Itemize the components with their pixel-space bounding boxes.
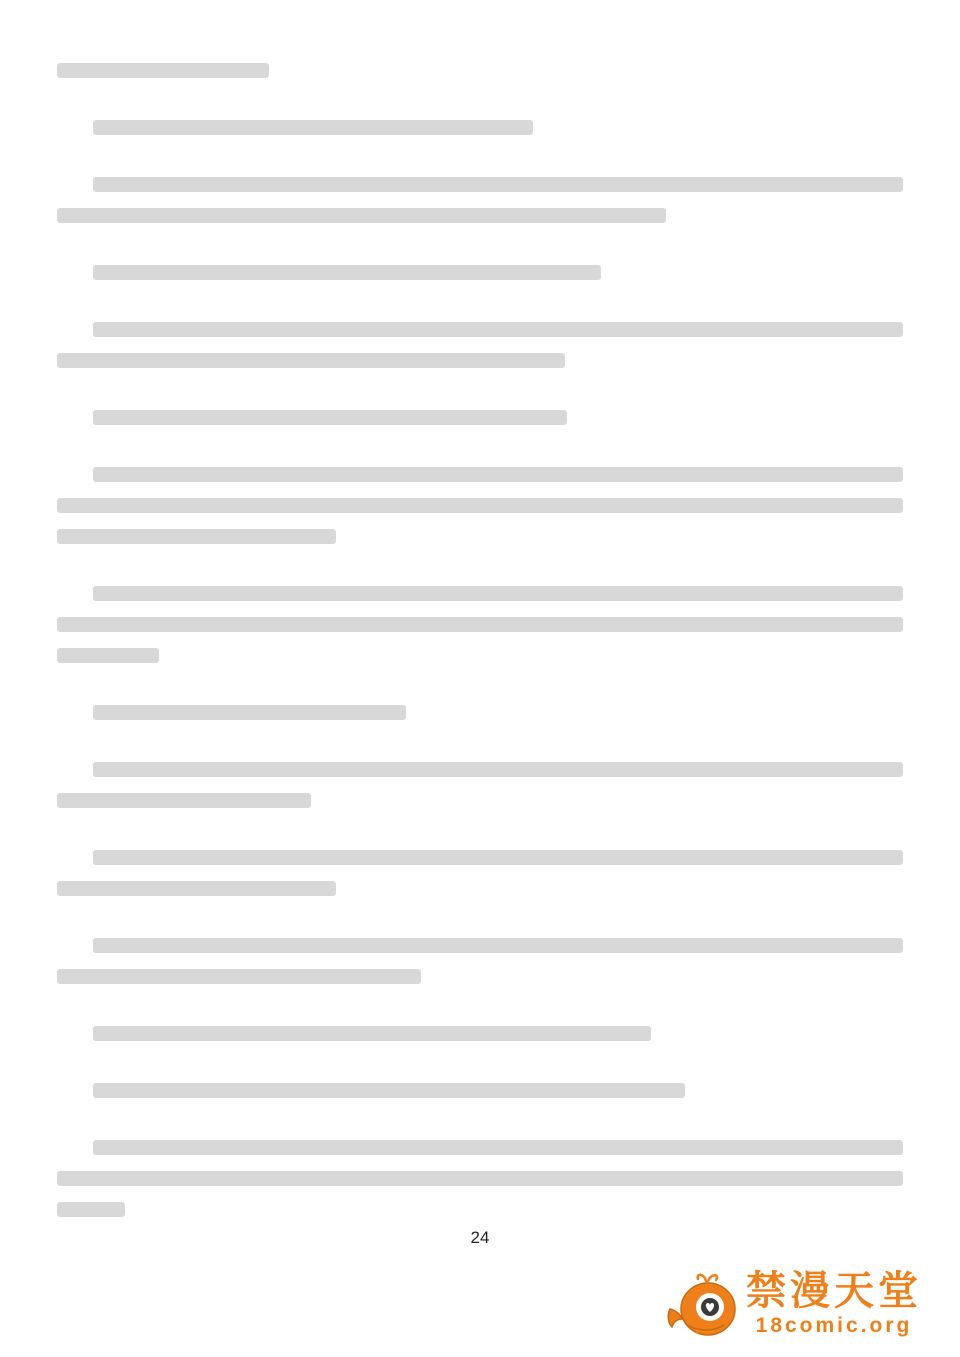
page-number: 24 [0, 1228, 960, 1248]
redaction-bar [93, 1083, 685, 1098]
redaction-bar [93, 938, 903, 953]
paragraph-redacted [57, 257, 903, 288]
redaction-bar [57, 63, 269, 78]
paragraph-indent [57, 1033, 93, 1034]
text-line-redacted [57, 112, 903, 143]
paragraph-indent [57, 1147, 93, 1148]
paragraph-indent [57, 127, 93, 128]
paragraph-indent [57, 712, 93, 713]
redaction-bar [93, 1026, 651, 1041]
text-line-redacted [57, 345, 903, 376]
redaction-bar [57, 529, 336, 544]
text-line-redacted [57, 1163, 903, 1194]
paragraph-redacted [57, 402, 903, 433]
text-line-redacted [57, 257, 903, 288]
paragraph-redacted [57, 112, 903, 143]
redaction-bar [57, 793, 311, 808]
redaction-bar [93, 120, 533, 135]
text-line-redacted [57, 697, 903, 728]
redaction-bar [57, 208, 666, 223]
text-line-redacted [57, 961, 903, 992]
text-line-redacted [57, 609, 903, 640]
text-line-redacted [57, 640, 903, 671]
text-line-redacted [57, 521, 903, 552]
paragraph-redacted [57, 459, 903, 552]
text-line-redacted [57, 1132, 903, 1163]
site-name: 禁漫天堂 [746, 1271, 922, 1311]
text-line-redacted [57, 873, 903, 904]
paragraph-redacted [57, 930, 903, 992]
text-line-redacted [57, 55, 903, 86]
redaction-bar [93, 705, 406, 720]
site-watermark: 禁漫天堂 18comic.org [666, 1267, 922, 1339]
paragraph-redacted [57, 1132, 903, 1225]
text-line-redacted [57, 200, 903, 231]
text-line-redacted [57, 1194, 903, 1225]
paragraph-indent [57, 1090, 93, 1091]
text-line-redacted [57, 402, 903, 433]
text-line-redacted [57, 459, 903, 490]
paragraph-indent [57, 769, 93, 770]
document-page: 24 禁漫天堂 18comic.org [0, 0, 960, 1357]
redaction-bar [93, 265, 601, 280]
text-line-redacted [57, 754, 903, 785]
redaction-bar [93, 1140, 903, 1155]
redaction-bar [57, 617, 903, 632]
redaction-bar [57, 648, 159, 663]
paragraph-indent [57, 593, 93, 594]
redaction-bar [93, 586, 903, 601]
redaction-bar [93, 850, 903, 865]
text-line-redacted [57, 578, 903, 609]
text-line-redacted [57, 785, 903, 816]
redaction-bar [93, 177, 903, 192]
redaction-bar [57, 353, 565, 368]
paragraph-redacted [57, 1075, 903, 1106]
redaction-bar [93, 762, 903, 777]
text-line-redacted [57, 1018, 903, 1049]
redaction-bar [93, 410, 567, 425]
paragraph-indent [57, 857, 93, 858]
text-line-redacted [57, 1075, 903, 1106]
text-line-redacted [57, 169, 903, 200]
paragraph-redacted [57, 1018, 903, 1049]
body-text-redacted [57, 55, 903, 1251]
redaction-bar [57, 881, 336, 896]
paragraph-redacted [57, 697, 903, 728]
text-line-redacted [57, 930, 903, 961]
paragraph-indent [57, 417, 93, 418]
paragraph-redacted [57, 754, 903, 816]
text-line-redacted [57, 314, 903, 345]
mascot-whale-icon [666, 1267, 738, 1339]
redaction-bar [57, 1202, 125, 1217]
redaction-bar [93, 467, 903, 482]
paragraph-indent [57, 329, 93, 330]
paragraph-redacted [57, 842, 903, 904]
text-line-redacted [57, 490, 903, 521]
paragraph-redacted [57, 578, 903, 671]
redaction-bar [57, 1171, 903, 1186]
text-line-redacted [57, 842, 903, 873]
site-url: 18comic.org [756, 1315, 913, 1336]
paragraph-indent [57, 945, 93, 946]
paragraph-indent [57, 184, 93, 185]
paragraph-indent [57, 272, 93, 273]
redaction-bar [57, 969, 421, 984]
paragraph-redacted [57, 169, 903, 231]
paragraph-indent [57, 474, 93, 475]
paragraph-redacted [57, 55, 903, 86]
redaction-bar [93, 322, 903, 337]
redaction-bar [57, 498, 903, 513]
paragraph-redacted [57, 314, 903, 376]
